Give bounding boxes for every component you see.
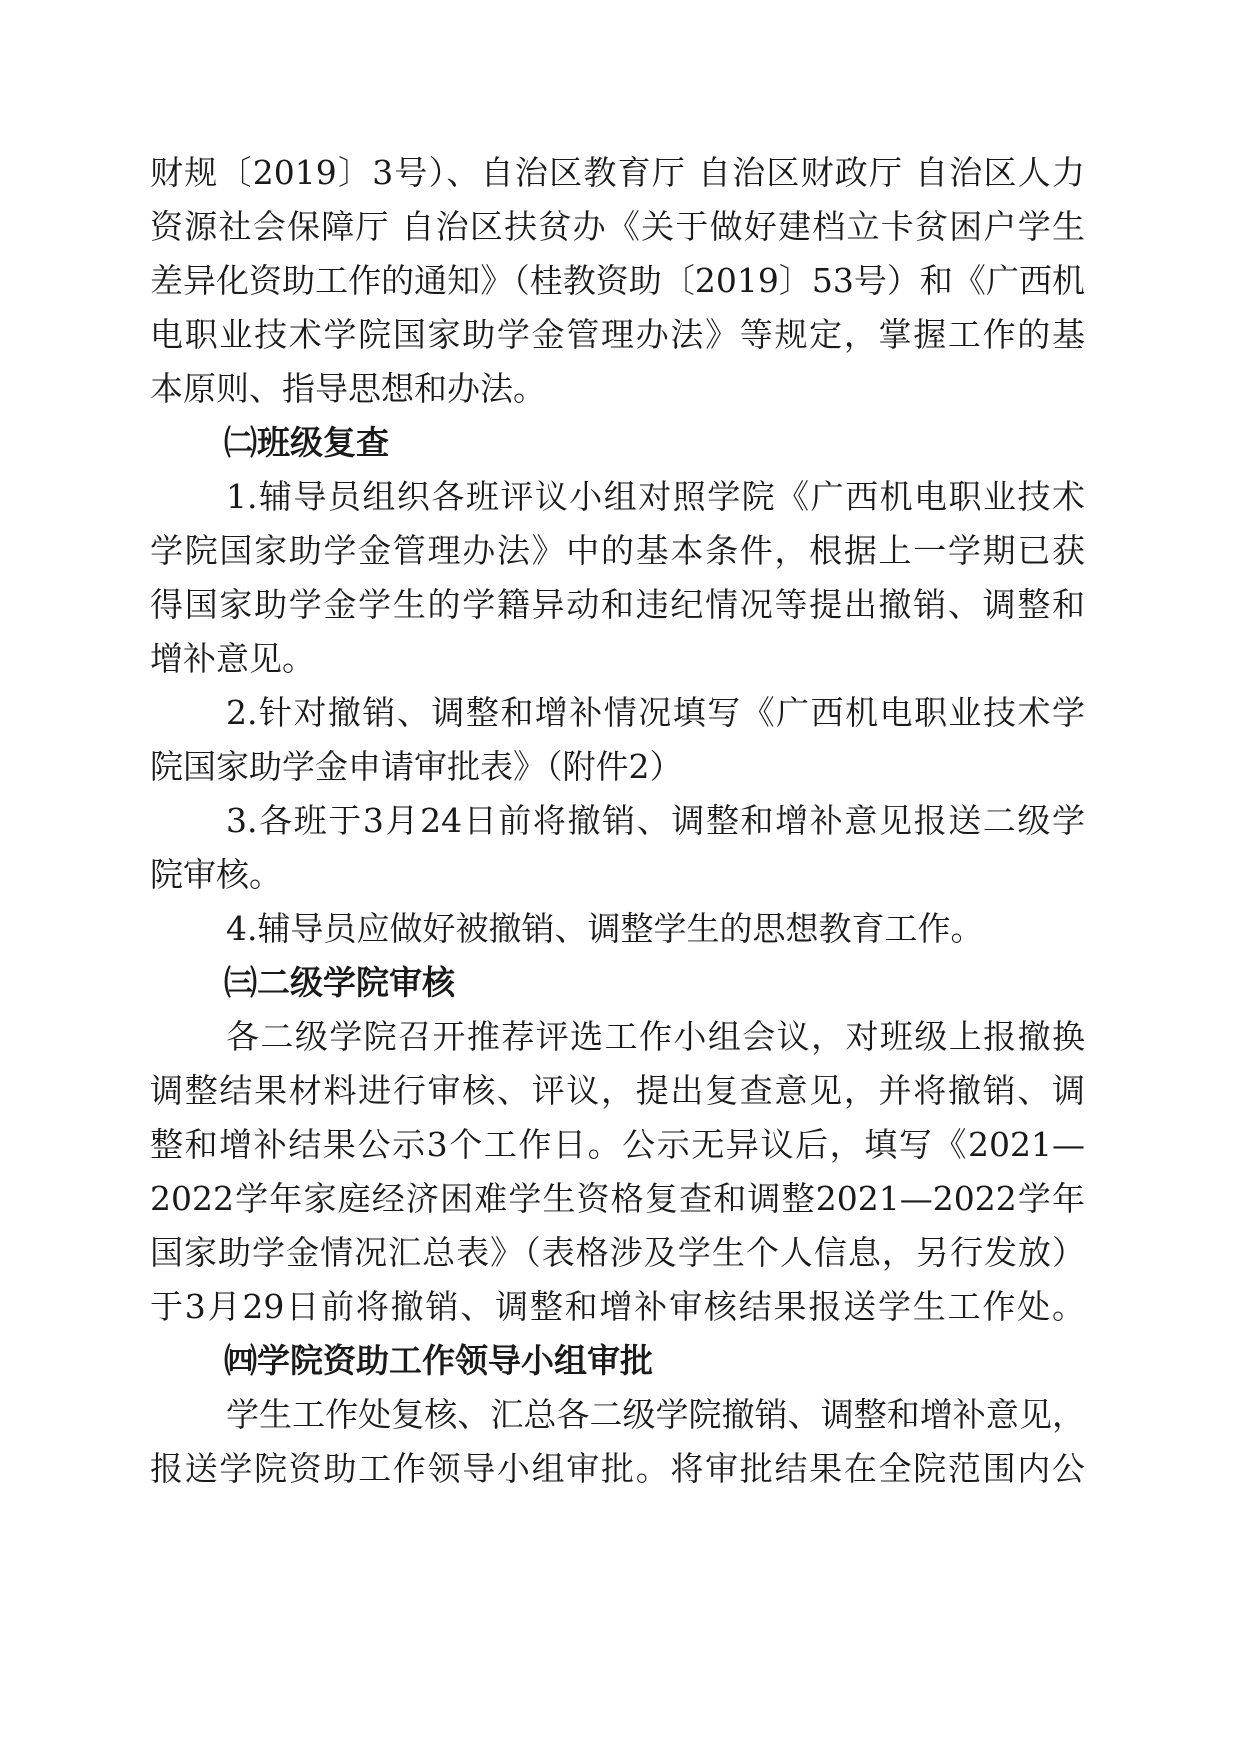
text-line: 报送学院资助工作领导小组审批。将审批结果在全院范围内公 xyxy=(150,1442,1085,1496)
text-line: 差异化资助工作的通知》（桂教资助〔2019〕53号）和《广西机 xyxy=(150,254,1085,308)
text-line: 本原则、指导思想和办法。 xyxy=(150,362,1085,416)
text-line: 国家助学金情况汇总表》（表格涉及学生个人信息，另行发放） xyxy=(150,1226,1085,1280)
section-heading-college-review: ㈢二级学院审核 xyxy=(224,956,455,1010)
text-line: 于3月29日前将撤销、调整和增补审核结果报送学生工作处。 xyxy=(150,1280,1085,1334)
text-line: 资源社会保障厅 自治区扶贫办《关于做好建档立卡贫困户学生 xyxy=(150,200,1085,254)
text-line: 1.辅导员组织各班评议小组对照学院《广西机电职业技术 xyxy=(226,470,1085,524)
text-line: 院审核。 xyxy=(150,848,1085,902)
text-line: 学生工作处复核、汇总各二级学院撤销、调整和增补意见， xyxy=(226,1388,1085,1442)
text-line: 2022学年家庭经济困难学生资格复查和调整2021—2022学年 xyxy=(150,1172,1085,1226)
text-line: 院国家助学金申请审批表》（附件2） xyxy=(150,740,1085,794)
section-heading-class-review: ㈡班级复查 xyxy=(224,416,389,470)
text-line: 财规〔2019〕3号）、自治区教育厅 自治区财政厅 自治区人力 xyxy=(150,146,1085,200)
text-line: 电职业技术学院国家助学金管理办法》等规定，掌握工作的基 xyxy=(150,308,1085,362)
text-line: 4.辅导员应做好被撤销、调整学生的思想教育工作。 xyxy=(226,902,1085,956)
text-line: 整和增补结果公示3个工作日。公示无异议后，填写《2021— xyxy=(150,1118,1085,1172)
text-line: 增补意见。 xyxy=(150,632,1085,686)
document-page: 财规〔2019〕3号）、自治区教育厅 自治区财政厅 自治区人力 资源社会保障厅 … xyxy=(0,0,1240,1753)
section-heading-leadership-approval: ㈣学院资助工作领导小组审批 xyxy=(224,1334,653,1388)
text-line: 得国家助学金学生的学籍异动和违纪情况等提出撤销、调整和 xyxy=(150,578,1085,632)
text-line: 各二级学院召开推荐评选工作小组会议，对班级上报撤换 xyxy=(226,1010,1085,1064)
text-line: 学院国家助学金管理办法》中的基本条件，根据上一学期已获 xyxy=(150,524,1085,578)
text-line: 2.针对撤销、调整和增补情况填写《广西机电职业技术学 xyxy=(226,686,1085,740)
text-line: 调整结果材料进行审核、评议，提出复查意见，并将撤销、调 xyxy=(150,1064,1085,1118)
text-line: 3.各班于3月24日前将撤销、调整和增补意见报送二级学 xyxy=(226,794,1085,848)
